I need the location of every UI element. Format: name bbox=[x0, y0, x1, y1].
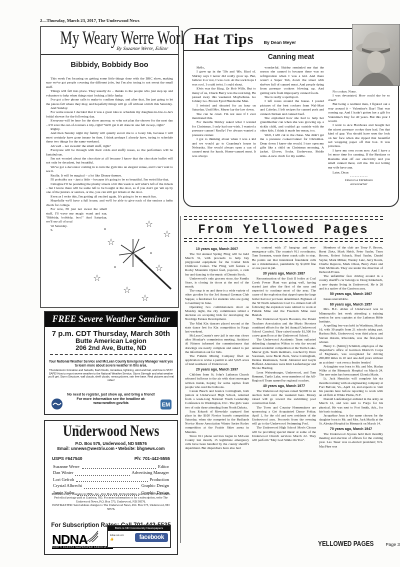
yellowed-col3: Members of the club are Terry P. Brown, … bbox=[319, 246, 383, 530]
text-line: Cassie Busch and Jessica Cottingham, bot… bbox=[185, 389, 249, 409]
staff-name: Lori Gefroh bbox=[53, 477, 74, 484]
staff-role: Production bbox=[150, 477, 169, 484]
text-line: Sara Erhardt of Riverdale captured first… bbox=[185, 410, 249, 435]
text-line: She can be cruel. I'm not sure if I ever… bbox=[192, 112, 256, 120]
staff-role: Graphic Design bbox=[141, 483, 169, 490]
ad-fine-print: Your National Weather Service and McLean… bbox=[48, 360, 174, 392]
ad-details-text: Thunderstorm formation and hazards, flas… bbox=[48, 369, 174, 382]
text-line: Reconstruction of the Unit II boiler at … bbox=[252, 277, 316, 318]
yellowed-pages-banner: From Yellowed Pages bbox=[184, 216, 383, 242]
ad-intro-text: Your National Weather Service and McLean… bbox=[48, 360, 174, 368]
yellowed-pages-title: From Yellowed Pages bbox=[184, 222, 383, 238]
yellowed-pages-footer: YELLOWED PAGES Page 3 bbox=[318, 541, 400, 548]
ad-datetime: 7 p.m. CDT Thursday, March 30th bbox=[45, 329, 177, 338]
text-line: This week I'm focusing on getting some l… bbox=[46, 77, 173, 90]
staff-role: Editor bbox=[158, 464, 169, 471]
newspaper-masthead-box: The Underwood News P.O. Box 575, Underwo… bbox=[44, 420, 178, 555]
text-line: The 3rd Annual Spring Fling will be held… bbox=[185, 252, 249, 277]
hat-tips-col2: wonderful. Shirley reminded me that the … bbox=[260, 66, 324, 202]
text-line: Jacqueline Jean is the name chosen for t… bbox=[319, 414, 383, 426]
usps-number: USPS #647540 bbox=[52, 456, 82, 461]
columnist-photo bbox=[352, 24, 400, 86]
masthead-meta-row: USPS #647540 Ph: 701-442-5555 bbox=[45, 456, 177, 461]
phone-number: Ph: 701-442-5555 bbox=[134, 456, 170, 461]
em-logo: EM bbox=[160, 399, 172, 410]
text-line: The unfamiliar face driving around in a … bbox=[319, 275, 383, 291]
text-line: I was devastated. How could she be so cr… bbox=[328, 94, 390, 102]
ad-footer-note: No need to register, just show up, and b… bbox=[59, 393, 163, 413]
weather-seminar-ad: FREE Severe Weather Seminar 7 p.m. CDT T… bbox=[44, 311, 178, 415]
facebook-badge: BHG is ND Community Newspapers Like us o… bbox=[107, 525, 171, 548]
ad-dashed-divider bbox=[50, 354, 172, 355]
text-line: 60 years ago, March 1957 bbox=[319, 303, 383, 307]
text-line: 30 years ago, March 1987 bbox=[252, 272, 316, 276]
svg-text:☆: ☆ bbox=[93, 274, 101, 284]
text-line: I've got a few phone calls to make to co… bbox=[46, 98, 173, 106]
svg-text:EM: EM bbox=[162, 403, 171, 409]
ad-address: 206 2nd Ave, Butte, ND bbox=[45, 345, 177, 352]
text-line: Mrs. B.C. Alden of Underwood was in Minn… bbox=[319, 308, 383, 324]
text-line: 40 years ago, March 1977 bbox=[252, 385, 316, 389]
legal-paragraph: Published every Thursday by BHG, Inc., P… bbox=[50, 493, 172, 504]
footer-section-title: YELLOWED PAGES bbox=[318, 541, 374, 548]
masthead-title: Underwood News bbox=[58, 423, 164, 441]
text-line: Well, I will cut to the chase. She didn'… bbox=[260, 133, 324, 158]
text-line: She explained how she had to help her gr… bbox=[260, 117, 324, 134]
ndna-feather-icon bbox=[85, 530, 99, 543]
text-line: The Mini Kix dancers placed second at th… bbox=[185, 322, 249, 334]
nws-logo bbox=[51, 398, 63, 410]
ndna-wordmark: NDNA bbox=[52, 533, 113, 546]
ad-venue: Butte American Legion bbox=[45, 338, 177, 345]
text-line: I twisted and shouted for an hour on Sat… bbox=[192, 104, 256, 112]
text-line: A daughter was born to Mr. and Mrs. Harl… bbox=[319, 365, 383, 377]
staff-name: Dan Winter bbox=[53, 470, 73, 477]
page-running-header: 2—Thursday, March 23, 2017, The Underwoo… bbox=[40, 18, 140, 23]
text-line: The Town and Country Homemakers are spon… bbox=[252, 406, 316, 426]
newspaper-page: 2—Thursday, March 23, 2017, The Underwoo… bbox=[0, 0, 400, 567]
svg-text:☆: ☆ bbox=[141, 294, 149, 303]
text-line: For some reason I decided that it was a … bbox=[46, 111, 173, 119]
text-line: Leon Weisenburger, Underwood, and Tom Re… bbox=[252, 371, 316, 383]
svg-text:☆: ☆ bbox=[123, 286, 131, 296]
text-line: Operating two commissioners short on Mon… bbox=[185, 305, 249, 321]
text-line: 50 years ago, March 1967 bbox=[319, 292, 383, 296]
svg-text:☆: ☆ bbox=[163, 230, 171, 240]
text-line: The Underwood High School Men's Chorus w… bbox=[252, 426, 316, 442]
text-line: 70 years ago, March 1947 bbox=[319, 428, 383, 432]
text-line: The Underwood Academic Team outlasted de… bbox=[252, 338, 316, 371]
hat-tips-col1: Hello,I grew up in the '50s and '60s. Ki… bbox=[192, 66, 256, 202]
text-line: Elvis was the King. Or Bob Wills. But to… bbox=[192, 87, 256, 104]
editorial-byline: By Suzanne Werre, Editor bbox=[41, 47, 179, 52]
facebook-badge-header: BHG is ND Community Newspapers bbox=[108, 526, 170, 531]
text-line: 20 years ago, March 1997 bbox=[185, 368, 249, 372]
facebook-logo: facebook bbox=[135, 533, 168, 542]
hat-tips-byline: By Dean Meyer bbox=[264, 40, 296, 45]
footer-page-number: Page 3 bbox=[386, 542, 400, 547]
yellowed-col2: to contend with 17 hang-up and non-emerg… bbox=[252, 246, 316, 540]
staff-role: Advertising Manager bbox=[132, 470, 169, 477]
staff-row: Suzanne WerreEditor bbox=[53, 464, 169, 471]
text-line: Underwood's only grocery store, the Fami… bbox=[185, 277, 249, 289]
text-line: wonderful. Shirley reminded me that the … bbox=[260, 66, 324, 95]
hat-tips-col3: No cooker. None.I was devastated. How co… bbox=[328, 90, 390, 202]
text-line: Lt. Jack Henricks will complete his six … bbox=[319, 377, 383, 397]
text-line: Members of the club are Terry P. Brown, … bbox=[319, 246, 383, 275]
ad-banner-title: FREE Severe Weather Seminar bbox=[45, 312, 177, 327]
text-line: Everyone will be through with their cold… bbox=[46, 149, 173, 157]
magic-wand-stars-graphic: ☆☆☆ ☆☆☆ ☆ bbox=[93, 215, 175, 303]
text-line: Everyone will be here for the show anywa… bbox=[46, 119, 173, 127]
text-line: Donald Laufenberger enlisted in the army… bbox=[319, 398, 383, 414]
staff-row: Lori GefrohProduction bbox=[53, 477, 169, 484]
banner-dashed-rule bbox=[184, 241, 383, 244]
text-line: The Underwood Jaycees held their monthly… bbox=[319, 433, 383, 449]
column-divider-rule bbox=[180, 216, 181, 543]
text-line: The Falkirk Mining Company filed an appl… bbox=[185, 354, 249, 366]
text-line: I went to Ace Hardware and bought her th… bbox=[328, 124, 390, 149]
text-line: I'm not worried about the chocolate at a… bbox=[46, 157, 173, 165]
text-line: And then Sunday night my family will qui… bbox=[46, 132, 173, 145]
staff-row: Dan WinterAdvertising Manager bbox=[53, 470, 169, 477]
text-line: Things will fall into place. They usuall… bbox=[46, 90, 173, 98]
ad-url: www.weather.gov/bis bbox=[59, 402, 163, 406]
text-line: I left notes around the house. I posted … bbox=[260, 100, 324, 117]
staff-name: Suzanne Werre bbox=[53, 464, 80, 471]
editorial-column-box: My Weary Werre World By Suzanne Werre, E… bbox=[40, 26, 179, 308]
like-us-label: Like us on 👍 bbox=[110, 534, 126, 541]
text-line: area teacher bbox=[328, 182, 390, 186]
ndna-logo: NDNA NORTH DAKOTA NEWSPAPER ASSOCIATION bbox=[52, 533, 113, 549]
svg-text:☆: ☆ bbox=[145, 220, 153, 230]
hat-tips-title: Hat Tips bbox=[194, 32, 254, 48]
masthead-rule bbox=[41, 54, 178, 55]
staff-row: Crystal AlbrechtGraphic Design bbox=[53, 483, 169, 490]
text-line: I grew up in the '50s and '60s. Kind of.… bbox=[192, 70, 256, 87]
svg-text:☆: ☆ bbox=[107, 238, 115, 248]
text-line: The Underwood Jaycees raised $2,000 in a… bbox=[252, 389, 316, 405]
text-line: Issues unavailable. bbox=[319, 297, 383, 301]
staff-name: Crystal Albrecht bbox=[53, 483, 82, 490]
text-line: I got to thinking about when I was a kid… bbox=[192, 138, 256, 159]
publication-legal-text: Published every Thursday by BHG, Inc., P… bbox=[50, 493, 172, 520]
text-line: Henry C. (Smitty) Schmidt, employee of t… bbox=[319, 344, 383, 364]
text-line: I imagine I'll be pounding the plushy st… bbox=[46, 182, 173, 195]
ndna-subtext: NORTH DAKOTA NEWSPAPER ASSOCIATION bbox=[52, 546, 113, 549]
text-line: McLean County's new jail is one step clo… bbox=[185, 334, 249, 354]
staff-list: Suzanne WerreEditor Dan WinterAdvertisin… bbox=[53, 464, 169, 497]
text-line: But being a resilient man, I figured out… bbox=[328, 103, 390, 124]
editorial-masthead-title: My Weary Werre World bbox=[60, 29, 159, 49]
text-line: Since 911 phone services began in McLean… bbox=[185, 434, 249, 450]
text-line: 10 years ago, March 2007 bbox=[185, 248, 249, 252]
text-line: Children from St. John's Lutheran Church… bbox=[185, 373, 249, 389]
postmaster-paragraph: POSTMASTER: Send address changes to The … bbox=[50, 504, 172, 511]
text-line: I have my own room now. And I have a lot… bbox=[328, 149, 390, 170]
text-line: to contend with 17 hang-up and non-emerg… bbox=[252, 246, 316, 271]
text-line: The soup is on and there is a wide varie… bbox=[185, 289, 249, 305]
editorial-headline: Bibbidy, Bobbidy Boo bbox=[41, 60, 178, 69]
text-line: A spelling bee was held in Washburn, Mar… bbox=[319, 324, 383, 344]
svg-text:☆: ☆ bbox=[155, 264, 163, 274]
yellowed-col1: 10 years ago, March 2007The 3rd Annual S… bbox=[185, 246, 249, 540]
text-line: We've got a decorator coming in to turn … bbox=[46, 165, 173, 173]
text-line: For months Shirley asked what I wanted f… bbox=[192, 121, 256, 138]
text-line: The Underwood Sports Boosters, the Paren… bbox=[252, 318, 316, 338]
masthead-contact: Email: unnews@westriv.com • Website: bhg… bbox=[45, 446, 177, 451]
text-line: Hopefully we'll have a full house, and w… bbox=[46, 199, 173, 207]
